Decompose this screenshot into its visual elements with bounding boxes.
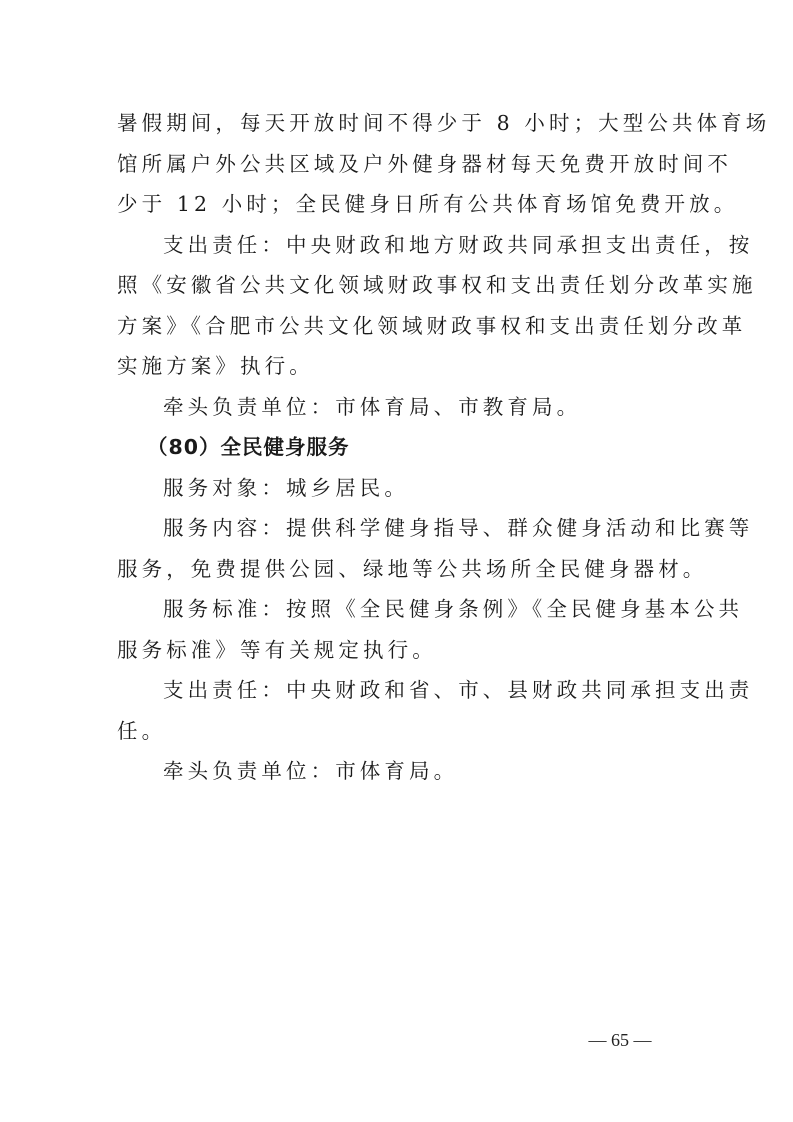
paragraph-line: 服务标准》等有关规定执行。 [117, 630, 675, 671]
lead-unit-line: 牵头负责单位：市体育局、市教育局。 [117, 387, 675, 428]
paragraph-line: 照《安徽省公共文化领域财政事权和支出责任划分改革实施 [117, 265, 675, 306]
paragraph-line: 少于 12 小时；全民健身日所有公共体育场馆免费开放。 [117, 184, 675, 225]
paragraph-line: 服务，免费提供公园、绿地等公共场所全民健身器材。 [117, 549, 675, 590]
service-content-line: 服务内容：提供科学健身指导、群众健身活动和比赛等 [117, 508, 675, 549]
page-number: — 65 — [580, 1030, 660, 1051]
expenditure-responsibility-line: 支出责任：中央财政和省、市、县财政共同承担支出责 [117, 670, 675, 711]
paragraph-line: 馆所属户外公共区域及户外健身器材每天免费开放时间不 [117, 144, 675, 185]
expenditure-responsibility-line: 支出责任：中央财政和地方财政共同承担支出责任，按 [117, 225, 675, 266]
paragraph-line: 任。 [117, 711, 675, 752]
service-standard-line: 服务标准：按照《全民健身条例》《全民健身基本公共 [117, 589, 675, 630]
paragraph-line: 方案》《合肥市公共文化领域财政事权和支出责任划分改革 [117, 306, 675, 347]
section-heading: （80）全民健身服务 [117, 427, 675, 468]
paragraph-line: 暑假期间，每天开放时间不得少于 8 小时；大型公共体育场 [117, 103, 675, 144]
paragraph-line: 实施方案》执行。 [117, 346, 675, 387]
service-target-line: 服务对象：城乡居民。 [117, 468, 675, 509]
lead-unit-line: 牵头负责单位：市体育局。 [117, 751, 675, 792]
document-body: 暑假期间，每天开放时间不得少于 8 小时；大型公共体育场 馆所属户外公共区域及户… [117, 103, 675, 792]
